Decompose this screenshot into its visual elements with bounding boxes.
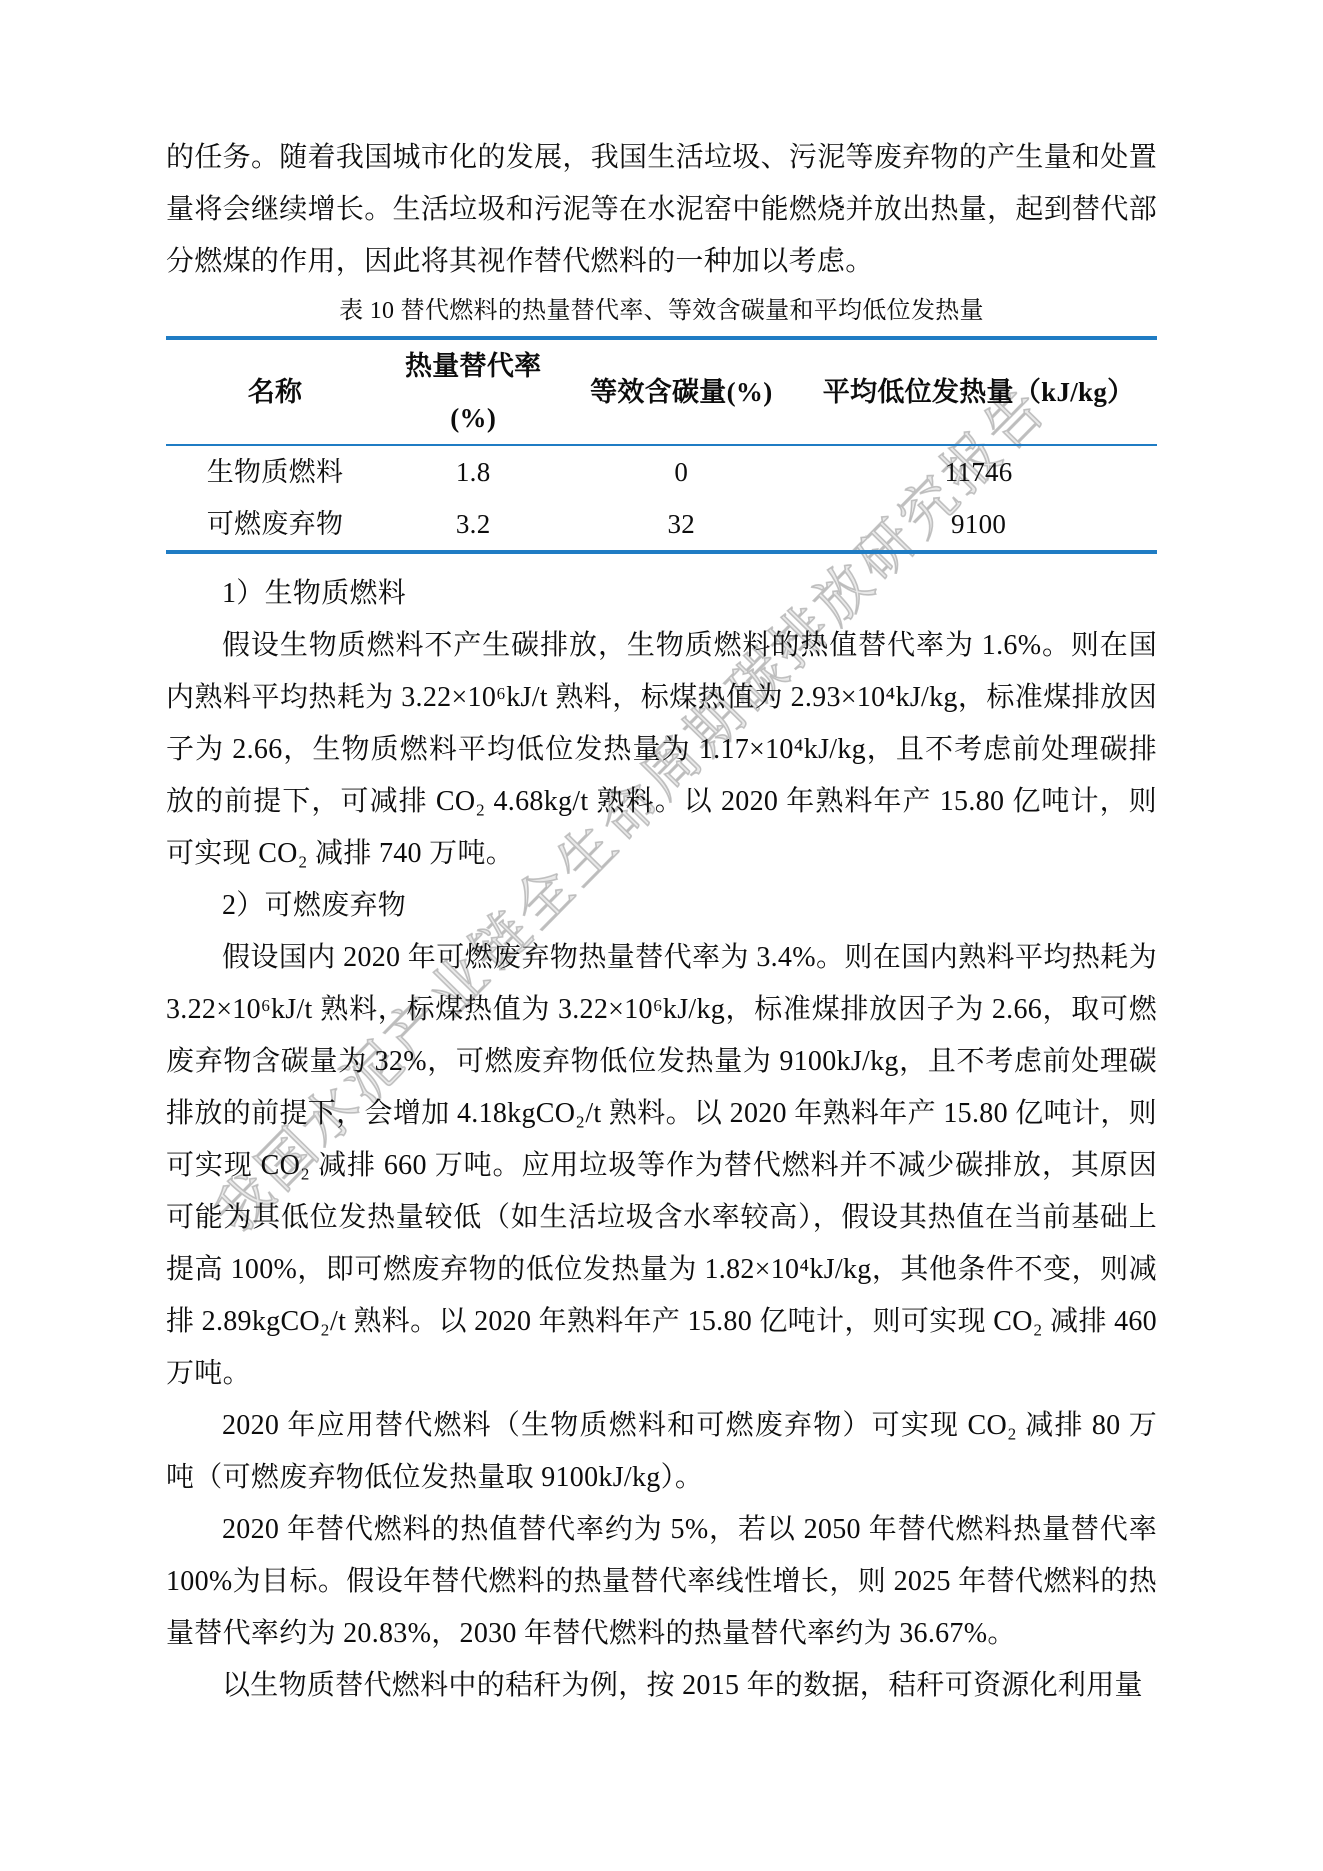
combustible-waste-paragraph: 假设国内 2020 年可燃废弃物热量替代率为 3.4%。则在国内熟料平均热耗为 …	[166, 932, 1157, 1400]
column-header-name: 名称	[166, 338, 384, 445]
cell-calorific-value: 9100	[800, 498, 1157, 552]
section-heading-biomass: 1）生物质燃料	[166, 568, 1157, 620]
summary-paragraph-2020-reduction: 2020 年应用替代燃料（生物质燃料和可燃废弃物）可实现 CO₂ 减排 80 万…	[166, 1400, 1157, 1504]
cell-calorific-value: 11746	[800, 445, 1157, 498]
table-row: 生物质燃料 1.8 0 11746	[166, 445, 1157, 498]
table-header-row: 名称 热量替代率(%) 等效含碳量(%) 平均低位发热量（kJ/kg）	[166, 338, 1157, 445]
section-heading-combustible-waste: 2）可燃废弃物	[166, 880, 1157, 932]
cell-fuel-name: 可燃废弃物	[166, 498, 384, 552]
cell-substitution-rate: 1.8	[384, 445, 562, 498]
intro-paragraph: 的任务。随着我国城市化的发展，我国生活垃圾、污泥等废弃物的产生量和处置量将会继续…	[166, 132, 1157, 288]
column-header-net-calorific-value: 平均低位发热量（kJ/kg）	[800, 338, 1157, 445]
column-header-equivalent-carbon: 等效含碳量(%)	[562, 338, 800, 445]
document-page: 我国水泥产业链全生命周期碳排放研究报告 的任务。随着我国城市化的发展，我国生活垃…	[0, 0, 1323, 1871]
biomass-paragraph: 假设生物质燃料不产生碳排放，生物质燃料的热值替代率为 1.6%。则在国内熟料平均…	[166, 620, 1157, 880]
cell-fuel-name: 生物质燃料	[166, 445, 384, 498]
alternative-fuels-table: 名称 热量替代率(%) 等效含碳量(%) 平均低位发热量（kJ/kg） 生物质燃…	[166, 336, 1157, 554]
summary-paragraph-substitution-targets: 2020 年替代燃料的热值替代率约为 5%，若以 2050 年替代燃料热量替代率…	[166, 1504, 1157, 1660]
column-header-thermal-substitution-rate: 热量替代率(%)	[384, 338, 562, 445]
cell-carbon-content: 32	[562, 498, 800, 552]
table-caption: 表 10 替代燃料的热量替代率、等效含碳量和平均低位发热量	[166, 290, 1157, 332]
table-row: 可燃废弃物 3.2 32 9100	[166, 498, 1157, 552]
cell-substitution-rate: 3.2	[384, 498, 562, 552]
straw-example-paragraph: 以生物质替代燃料中的秸秆为例，按 2015 年的数据，秸秆可资源化利用量	[166, 1660, 1157, 1712]
cell-carbon-content: 0	[562, 445, 800, 498]
page-content: 的任务。随着我国城市化的发展，我国生活垃圾、污泥等废弃物的产生量和处置量将会继续…	[0, 0, 1323, 1712]
